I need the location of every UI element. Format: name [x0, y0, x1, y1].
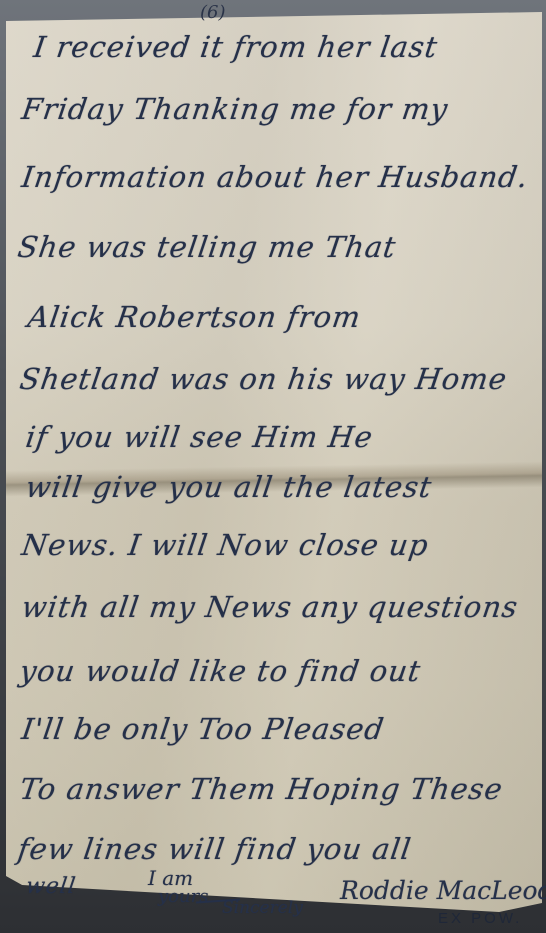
page-number: (6) [200, 2, 226, 23]
signature-title: EX POW. [438, 910, 522, 927]
letter-line: well [24, 874, 77, 899]
signature: Roddie MacLeod [340, 876, 546, 905]
letter-line: if you will see Him He [24, 420, 376, 454]
letter-line: few lines will find you all [16, 832, 414, 866]
letter-line: Information about her Husband. [20, 160, 531, 194]
letter-line: with all my News any questions [20, 590, 521, 624]
letter-line: will give you all the latest [24, 470, 435, 504]
letter-line: Alick Robertson from [26, 300, 364, 334]
closing-sincerely: Sincerely [222, 898, 303, 918]
letter-line: Friday Thanking me for my [20, 92, 451, 126]
closing-yours: yours [158, 886, 208, 907]
letter-line: Shetland was on his way Home [18, 362, 510, 396]
letter-line: News. I will Now close up [20, 528, 431, 562]
letter-line: you would like to find out [18, 654, 424, 688]
letter-line: I received it from her last [32, 30, 440, 64]
letter-line: She was telling me That [16, 230, 399, 264]
letter-line: I'll be only Too Pleased [20, 712, 387, 746]
letter-line: To answer Them Hoping These [18, 772, 506, 806]
